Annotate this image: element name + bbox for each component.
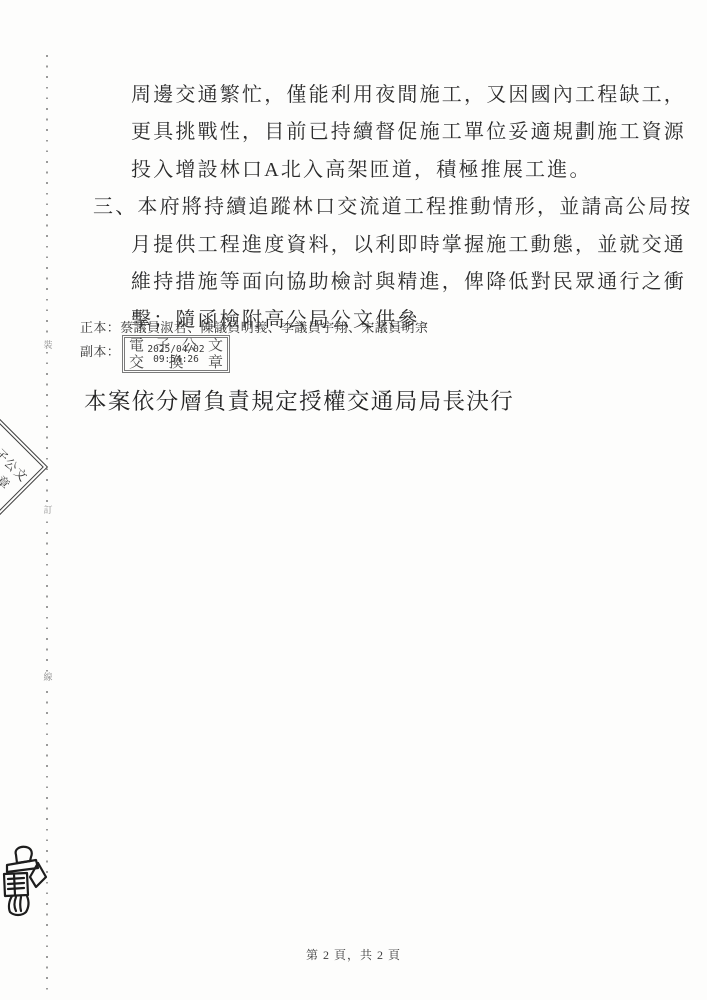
binding-mark-xian: 線 — [41, 672, 55, 683]
copy-recipients-label: 副本： — [80, 341, 120, 360]
stamp-char: 交 — [129, 355, 144, 372]
exchange-stamp-row2: 交 換 章 — [125, 355, 227, 372]
body-line: 投入增設林口A北入高架匝道，積極推展工進。 — [131, 153, 592, 182]
body-line: 周邊交通繁忙，僅能利用夜間施工，又因國內工程缺工， — [131, 78, 686, 107]
stamp-char: 章 — [208, 355, 223, 372]
corner-exchange-stamp-text: 電子公文 交換章 — [0, 423, 44, 511]
exchange-stamp-row1: 電 子 公 文 — [125, 338, 227, 355]
electronic-exchange-stamp: 電 子 公 文 交 換 章 2025/04/02 09:54:26 — [122, 335, 230, 373]
body-line: 更具挑戰性，目前已持續督促施工單位妥適規劃施工資源 — [131, 115, 686, 144]
stamp-char: 換 — [168, 355, 183, 372]
document-page: 裝 訂 線 周邊交通繁忙，僅能利用夜間施工，又因國內工程缺工， 更具挑戰性，目前… — [0, 0, 707, 1000]
corner-exchange-stamp: 電子公文 交換章 — [0, 419, 48, 515]
signature-seal — [0, 843, 50, 919]
stamp-char: 子 — [155, 338, 170, 355]
body-line: 維持措施等面向協助檢討與精進，俾降低對民眾通行之衝 — [131, 265, 686, 294]
binding-mark-zhuang: 裝 — [41, 340, 55, 351]
page-number: 第 2 頁，共 2 頁 — [0, 946, 707, 963]
binding-mark-ding: 訂 — [41, 505, 55, 516]
original-recipients-line: 正本：蔡議員淑君、陳議員明義、李議員宇翔、宋議員明宗 — [80, 317, 428, 336]
stamp-char: 電 — [129, 338, 144, 355]
stamp-char: 文 — [208, 338, 223, 355]
decision-authorization-line: 本案依分層負責規定授權交通局局長決行 — [84, 384, 514, 416]
stamp-char: 公 — [182, 338, 197, 355]
body-line: 月提供工程進度資料，以利即時掌握施工動態，並就交通 — [131, 228, 686, 257]
body-line-item-three: 三、本府將持續追蹤林口交流道工程推動情形，並請高公局按 — [93, 190, 692, 219]
